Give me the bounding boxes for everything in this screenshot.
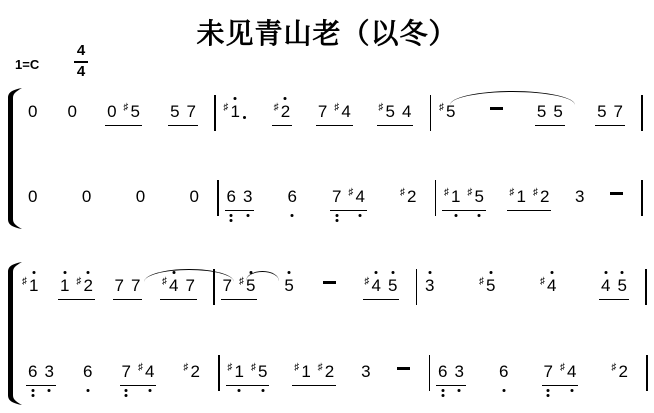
- note-digit: 5: [284, 277, 293, 294]
- note: [397, 364, 410, 382]
- note-digit: 4: [372, 277, 381, 294]
- sharp-sign: ♯: [251, 363, 258, 373]
- note-body: 7: [122, 363, 131, 382]
- note-body: 1: [60, 277, 69, 296]
- note-body: 6: [438, 363, 447, 382]
- measure: ♯1♯27♯4♯54: [216, 103, 430, 126]
- beam-group: 63: [436, 363, 466, 386]
- note-body: 1: [231, 103, 240, 122]
- note-body: 2: [84, 277, 93, 296]
- note-digit: 0: [190, 188, 199, 205]
- note-digit: 6: [499, 363, 508, 380]
- system-1-bass-staff: 00006367♯4♯2♯1♯5♯1♯23: [20, 181, 643, 211]
- octave-dot-below: [441, 389, 444, 392]
- measure: 6367♯4♯2: [20, 363, 218, 386]
- note: 5: [553, 103, 562, 122]
- octave-dot-above: [621, 271, 624, 274]
- note-digit: 5: [258, 363, 267, 380]
- barline: [641, 180, 643, 216]
- sharp-sign: ♯: [349, 188, 356, 198]
- note-group: 0: [188, 188, 201, 211]
- note-group: 0: [80, 188, 93, 211]
- sharp-sign: ♯: [439, 103, 446, 113]
- note: 6: [438, 363, 447, 382]
- note-group: [321, 278, 338, 300]
- octave-dot-below: [86, 389, 89, 392]
- note: 4: [601, 277, 610, 296]
- octave-dot-above: [234, 97, 237, 100]
- note: 0: [82, 188, 91, 207]
- octave-dot-below: [547, 389, 550, 392]
- note-group: ♯1: [20, 277, 40, 300]
- note: 6: [227, 188, 236, 207]
- note-body: 0: [136, 188, 145, 207]
- note-group: 0: [134, 188, 147, 211]
- note-body: 4: [567, 363, 576, 382]
- note-body: 1: [235, 363, 244, 382]
- note-digit: 4: [601, 277, 610, 294]
- note-body: 5: [131, 103, 140, 122]
- sharp-sign: ♯: [379, 103, 386, 113]
- note-digit: 1: [60, 277, 69, 294]
- note-digit: 6: [438, 363, 447, 380]
- sharp-sign: ♯: [560, 363, 567, 373]
- beam-group: 55: [535, 103, 565, 126]
- note-body: 4: [145, 363, 154, 382]
- note-digit: 7: [187, 103, 196, 120]
- beam-group: 7♯4: [542, 363, 579, 386]
- dash-extension: [490, 107, 503, 110]
- note-digit: 4: [547, 277, 556, 294]
- note: 5: [537, 103, 546, 122]
- note-body: 2: [619, 363, 628, 382]
- measure: 6367♯4♯2: [430, 363, 646, 386]
- note-digit: 3: [425, 277, 434, 294]
- note-digit: 7: [131, 277, 140, 294]
- note: 7: [544, 363, 553, 382]
- note-body: 5: [388, 277, 397, 296]
- octave-dot-above: [604, 271, 607, 274]
- sharp-sign: ♯: [365, 277, 372, 287]
- sharp-sign: ♯: [294, 363, 301, 373]
- note-body: 6: [288, 188, 297, 207]
- note-group: 6: [286, 188, 299, 211]
- note-body: 4: [341, 103, 350, 122]
- sharp-sign: ♯: [124, 103, 131, 113]
- octave-dot-below: [570, 389, 573, 392]
- note-group: ♯2: [398, 188, 418, 211]
- note-digit: 5: [537, 103, 546, 120]
- note-body: 7: [187, 103, 196, 122]
- note-body: [490, 104, 503, 122]
- note-group: [488, 104, 505, 126]
- note-digit: 5: [553, 103, 562, 120]
- octave-dot-above: [391, 271, 394, 274]
- note-body: 3: [575, 188, 584, 207]
- note: 6: [83, 363, 92, 382]
- note-body: 5: [474, 188, 483, 207]
- note: 3: [243, 188, 252, 207]
- note: ♯4: [349, 188, 365, 207]
- note-digit: 5: [388, 277, 397, 294]
- note-digit: 6: [28, 363, 37, 380]
- note: ♯5: [467, 188, 483, 207]
- note: ♯5: [251, 363, 267, 382]
- note-group: 0: [26, 103, 39, 126]
- note-body: 5: [553, 103, 562, 122]
- note-digit: 7: [332, 188, 341, 205]
- octave-dot-above: [428, 271, 431, 274]
- note: ♯5: [479, 277, 495, 296]
- barline: [641, 95, 643, 131]
- note-body: [323, 278, 336, 296]
- measure: 0000: [20, 188, 217, 211]
- note-digit: 5: [486, 277, 495, 294]
- sharp-sign: ♯: [612, 363, 619, 373]
- note: 3: [454, 363, 463, 382]
- dash-extension: [610, 192, 623, 195]
- sharp-sign: ♯: [400, 188, 407, 198]
- note-body: 7: [318, 103, 327, 122]
- note-digit: 3: [454, 363, 463, 380]
- note-digit: 2: [281, 103, 290, 120]
- octave-dot-below: [261, 389, 264, 392]
- note-body: 4: [402, 103, 411, 122]
- note-group: 3: [423, 277, 436, 300]
- measure: 3♯5♯445: [417, 277, 645, 300]
- note: ♯2: [77, 277, 93, 296]
- note-group: 5: [282, 277, 295, 300]
- beam-group: ♯54: [377, 103, 414, 126]
- note: 7: [115, 277, 124, 296]
- barline: [646, 355, 648, 391]
- note-digit: 4: [145, 363, 154, 380]
- octave-dot-below: [359, 214, 362, 217]
- note-group: ♯5: [477, 277, 497, 300]
- note: ♯2: [318, 363, 334, 382]
- note: 3: [425, 277, 434, 296]
- note: 1: [60, 277, 69, 296]
- note-body: 2: [191, 363, 200, 382]
- system-2-melody-staff: ♯11♯277♯477♯55♯453♯5♯445: [14, 270, 647, 300]
- note-digit: 7: [115, 277, 124, 294]
- sharp-sign: ♯: [467, 188, 474, 198]
- octave-dot-below: [148, 389, 151, 392]
- note-body: [610, 189, 623, 207]
- note-body: 0: [82, 188, 91, 207]
- octave-dot-below: [31, 389, 34, 392]
- octave-dot-above: [288, 271, 291, 274]
- note-group: ♯5: [437, 103, 457, 126]
- note: 5: [284, 277, 293, 296]
- beam-group: 1♯2: [58, 277, 95, 300]
- note: 6: [288, 188, 297, 207]
- augmentation-dot: [243, 116, 246, 119]
- note-body: 5: [537, 103, 546, 122]
- note: ♯4: [138, 363, 154, 382]
- note-digit: 3: [44, 363, 53, 380]
- note: 5: [597, 103, 606, 122]
- octave-dot-below: [125, 394, 128, 397]
- note-body: [397, 364, 410, 382]
- beam-group: ♯45: [363, 277, 400, 300]
- octave-dot-below: [458, 389, 461, 392]
- note-body: 5: [386, 103, 395, 122]
- note-group: 0: [26, 188, 39, 211]
- sharp-sign: ♯: [224, 103, 231, 113]
- note: ♯1: [294, 363, 310, 382]
- note: 7: [131, 277, 140, 296]
- note-body: 2: [407, 188, 416, 207]
- note-group: ♯2: [610, 363, 630, 386]
- note-digit: 5: [618, 277, 627, 294]
- note-digit: 6: [83, 363, 92, 380]
- sharp-sign: ♯: [184, 363, 191, 373]
- note: ♯4: [365, 277, 381, 296]
- note: 0: [136, 188, 145, 207]
- sharp-sign: ♯: [138, 363, 145, 373]
- note: ♯4: [540, 277, 556, 296]
- octave-dot-below: [335, 214, 338, 217]
- note: 6: [499, 363, 508, 382]
- note-body: 6: [499, 363, 508, 382]
- note: 7: [318, 103, 327, 122]
- note-body: 5: [258, 363, 267, 382]
- note-body: 5: [618, 277, 627, 296]
- note-body: 1: [451, 188, 460, 207]
- note-digit: 2: [325, 363, 334, 380]
- sharp-sign: ♯: [228, 363, 235, 373]
- note-digit: 5: [597, 103, 606, 120]
- note: ♯4: [560, 363, 576, 382]
- note-group: [395, 364, 412, 386]
- key-signature: 1=C: [15, 57, 39, 72]
- measure: 6367♯4♯2: [219, 188, 435, 211]
- note-digit: 5: [131, 103, 140, 120]
- note-digit: 2: [84, 277, 93, 294]
- note-body: 7: [544, 363, 553, 382]
- note-digit: 2: [540, 188, 549, 205]
- note-body: 7: [131, 277, 140, 296]
- note: ♯1: [228, 363, 244, 382]
- note-body: 5: [597, 103, 606, 122]
- note-group: 6: [81, 363, 94, 386]
- note: ♯1: [444, 188, 460, 207]
- octave-dot-below: [48, 389, 51, 392]
- note-group: [608, 189, 625, 211]
- note: ♯2: [184, 363, 200, 382]
- note-body: 3: [243, 188, 252, 207]
- note-digit: 0: [68, 103, 77, 120]
- note-digit: 0: [107, 103, 116, 120]
- barline: [645, 269, 647, 305]
- note-digit: 7: [122, 363, 131, 380]
- sharp-sign: ♯: [444, 188, 451, 198]
- note: ♯5: [124, 103, 140, 122]
- system-2-bass-staff: 6367♯4♯2♯1♯5♯1♯236367♯4♯2: [20, 356, 648, 386]
- sharp-sign: ♯: [533, 188, 540, 198]
- note: 3: [361, 363, 370, 382]
- note: 0: [107, 103, 116, 122]
- note: 5: [170, 103, 179, 122]
- note: 0: [190, 188, 199, 207]
- note-digit: 5: [170, 103, 179, 120]
- dash-extension: [397, 367, 410, 370]
- note-body: 1: [301, 363, 310, 382]
- note-digit: 0: [82, 188, 91, 205]
- octave-dot-below: [547, 394, 550, 397]
- note-digit: 0: [28, 103, 37, 120]
- note-body: 7: [614, 103, 623, 122]
- measure: ♯1♯5♯1♯23: [220, 363, 429, 386]
- beam-group: ♯2: [272, 103, 292, 126]
- octave-dot-below: [441, 394, 444, 397]
- note-body: 0: [28, 188, 37, 207]
- note-body: 3: [425, 277, 434, 296]
- octave-dot-below: [454, 214, 457, 217]
- beam-group: 63: [225, 188, 255, 211]
- note: 7: [187, 103, 196, 122]
- note-digit: 4: [341, 103, 350, 120]
- note-group: ♯1: [222, 103, 248, 126]
- note-body: 4: [601, 277, 610, 296]
- beam-group: ♯1♯2: [292, 363, 336, 386]
- note: 0: [28, 188, 37, 207]
- note-digit: 2: [407, 188, 416, 205]
- song-title: 未见青山老（以冬）: [0, 12, 654, 52]
- note-digit: 6: [288, 188, 297, 205]
- beam-group: 77: [113, 277, 143, 300]
- note: 7: [614, 103, 623, 122]
- note: 4: [402, 103, 411, 122]
- note-digit: 7: [544, 363, 553, 380]
- note-digit: 2: [619, 363, 628, 380]
- note-body: 4: [356, 188, 365, 207]
- note: [323, 278, 336, 296]
- note: ♯1: [22, 277, 38, 296]
- octave-dot-above: [87, 271, 90, 274]
- note-digit: 3: [361, 363, 370, 380]
- sharp-sign: ♯: [509, 188, 516, 198]
- note: 7: [332, 188, 341, 207]
- note-body: 5: [446, 103, 455, 122]
- sharp-sign: ♯: [77, 277, 84, 287]
- beam-group: ♯1♯2: [507, 188, 551, 211]
- note: ♯5: [439, 103, 455, 122]
- note-body: 4: [547, 277, 556, 296]
- octave-dot-below: [291, 214, 294, 217]
- note-body: 6: [227, 188, 236, 207]
- beam-group: ♯1♯5: [226, 363, 270, 386]
- octave-dot-above: [550, 271, 553, 274]
- measure: ♯55557: [431, 103, 641, 126]
- note-body: 5: [170, 103, 179, 122]
- note-group: 3: [359, 363, 372, 386]
- beam-group: 45: [599, 277, 629, 300]
- note-group: ♯2: [182, 363, 202, 386]
- note: 3: [575, 188, 584, 207]
- note-digit: 5: [446, 103, 455, 120]
- note: 3: [44, 363, 53, 382]
- note: ♯5: [379, 103, 395, 122]
- note: ♯2: [612, 363, 628, 382]
- octave-dot-below: [238, 389, 241, 392]
- sharp-sign: ♯: [479, 277, 486, 287]
- note-body: 2: [540, 188, 549, 207]
- note: 5: [388, 277, 397, 296]
- note-body: 5: [486, 277, 495, 296]
- note-body: 0: [68, 103, 77, 122]
- note-digit: 2: [191, 363, 200, 380]
- note: [490, 104, 503, 122]
- note-digit: 1: [451, 188, 460, 205]
- score-page: 未见青山老（以冬） 1=C 4 4 000♯557♯1♯27♯4♯54♯5555…: [0, 0, 654, 413]
- note-digit: 6: [227, 188, 236, 205]
- note-body: 7: [332, 188, 341, 207]
- octave-dot-below: [125, 389, 128, 392]
- note-digit: 3: [575, 188, 584, 205]
- note-body: 2: [325, 363, 334, 382]
- octave-dot-above: [32, 271, 35, 274]
- note-body: 3: [361, 363, 370, 382]
- octave-dot-below: [31, 394, 34, 397]
- time-denominator: 4: [70, 64, 92, 81]
- note: ♯1: [509, 188, 525, 207]
- note-body: 2: [281, 103, 290, 122]
- note-digit: 4: [356, 188, 365, 205]
- note: [610, 189, 623, 207]
- note-body: 1: [516, 188, 525, 207]
- note-digit: 1: [516, 188, 525, 205]
- sharp-sign: ♯: [540, 277, 547, 287]
- note-body: 6: [28, 363, 37, 382]
- note: ♯1: [224, 103, 246, 122]
- note-body: 1: [29, 277, 38, 296]
- note-body: 0: [190, 188, 199, 207]
- note-body: 3: [454, 363, 463, 382]
- dash-extension: [323, 281, 336, 284]
- sharp-sign: ♯: [274, 103, 281, 113]
- octave-dot-above: [489, 271, 492, 274]
- octave-dot-above: [284, 97, 287, 100]
- note-digit: 1: [235, 363, 244, 380]
- octave-dot-below: [230, 214, 233, 217]
- note-digit: 1: [231, 103, 240, 120]
- note-group: ♯4: [538, 277, 558, 300]
- note-digit: 7: [318, 103, 327, 120]
- octave-dot-below: [502, 389, 505, 392]
- time-numerator: 4: [70, 43, 92, 60]
- octave-dot-below: [246, 214, 249, 217]
- note: 7: [122, 363, 131, 382]
- octave-dot-below: [230, 219, 233, 222]
- note: 0: [28, 103, 37, 122]
- beam-group: 7♯4: [316, 103, 353, 126]
- note-digit: 7: [614, 103, 623, 120]
- note-digit: 5: [386, 103, 395, 120]
- note: ♯4: [334, 103, 350, 122]
- note: 6: [28, 363, 37, 382]
- note-digit: 5: [474, 188, 483, 205]
- note-digit: 4: [567, 363, 576, 380]
- time-signature: 4 4: [70, 43, 92, 80]
- note-group: 3: [573, 188, 586, 211]
- beam-group: 7♯4: [120, 363, 157, 386]
- sharp-sign: ♯: [334, 103, 341, 113]
- octave-dot-above: [63, 271, 66, 274]
- measure: 000♯557: [20, 103, 214, 126]
- note-body: 5: [284, 277, 293, 296]
